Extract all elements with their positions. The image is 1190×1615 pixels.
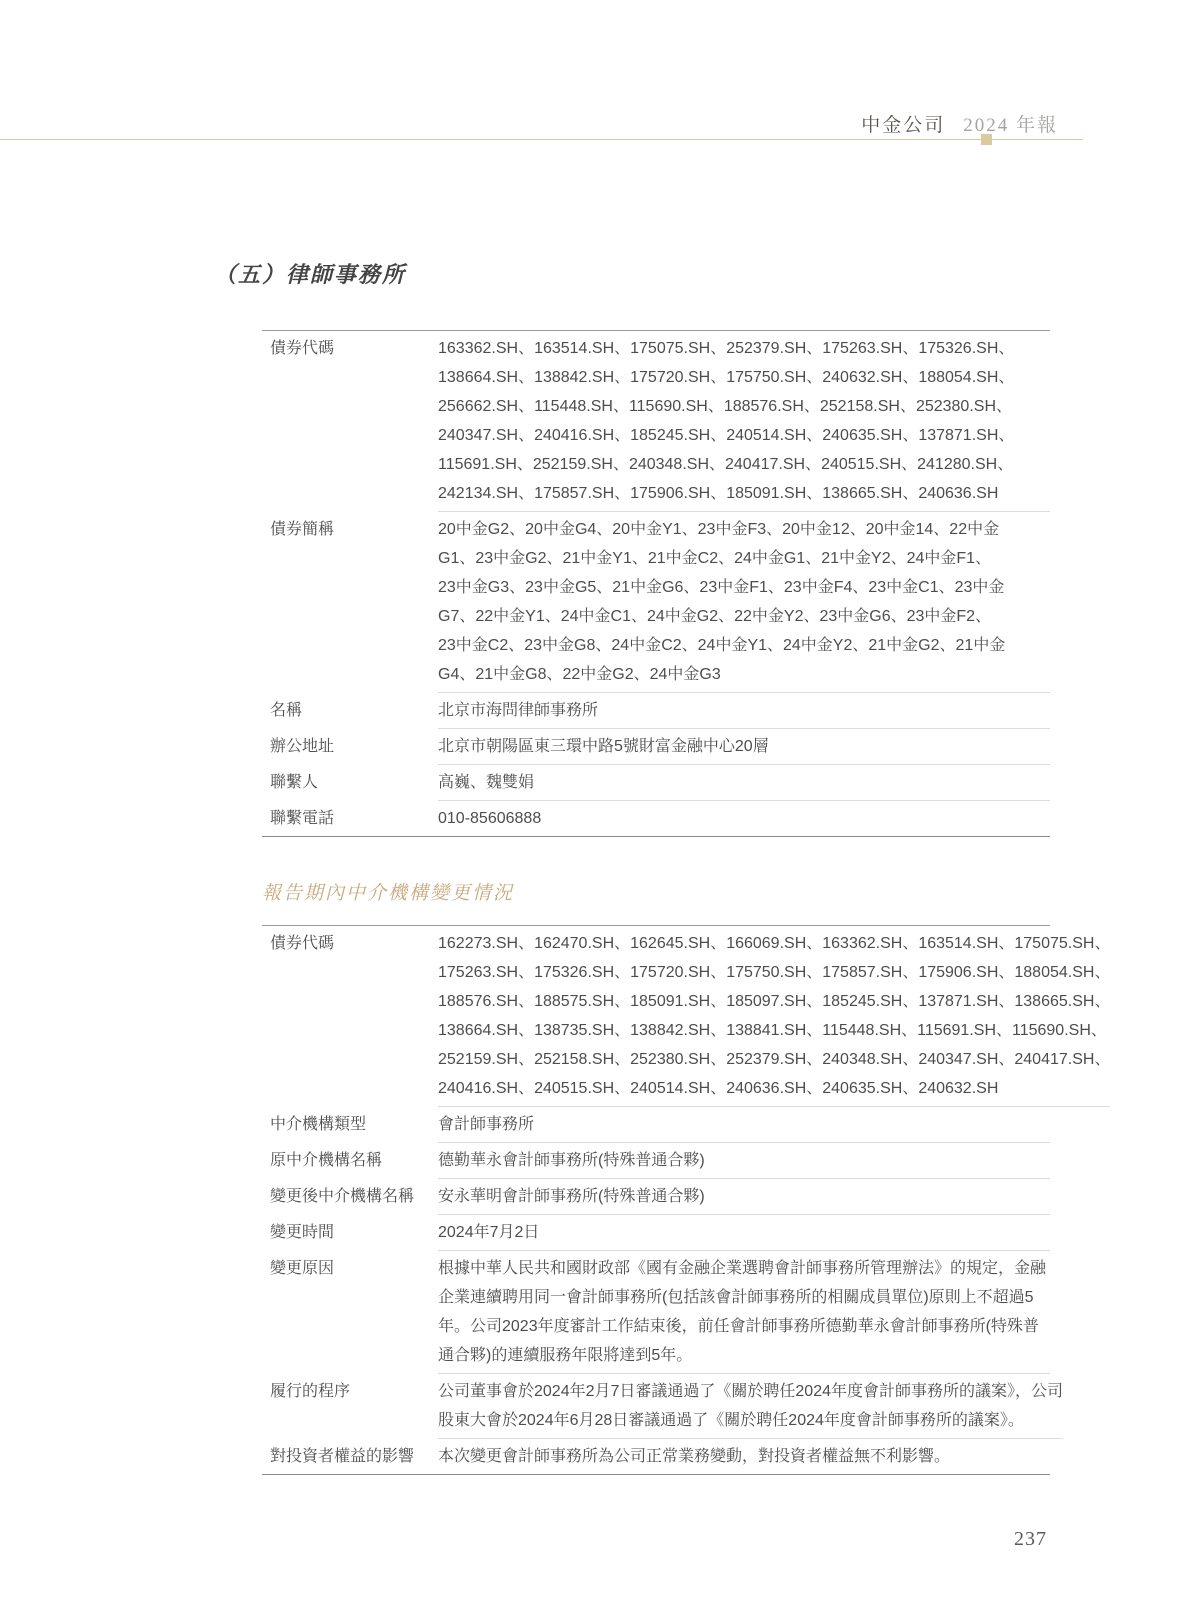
table-cell-line: 138664.SH、138842.SH、175720.SH、175750.SH、… — [438, 363, 1050, 392]
row-label: 聯繫人 — [262, 765, 438, 800]
row-value: 010-85606888 — [438, 801, 1050, 836]
section-title: （五）律師事務所 — [214, 258, 406, 289]
row-value: 20中金G2、20中金G4、20中金Y1、23中金F3、20中金12、20中金1… — [438, 512, 1050, 693]
row-value: 會計師事務所 — [438, 1107, 1050, 1143]
page-header: 中金公司 2024 年報 — [861, 110, 1058, 137]
law-firm-table: 債券代碼 163362.SH、163514.SH、175075.SH、25237… — [262, 330, 1050, 837]
row-label: 對投資者權益的影響 — [262, 1439, 438, 1474]
table-row: 變更時間 2024年7月2日 — [262, 1215, 1050, 1251]
table-cell-line: 公司董事會於2024年2月7日審議通過了《關於聘任2024年度會計師事務所的議案… — [438, 1377, 1063, 1406]
table-row: 聯繫人 高巍、魏雙娟 — [262, 765, 1050, 801]
table-cell-line: 股東大會於2024年6月28日審議通過了《關於聘任2024年度會計師事務所的議案… — [438, 1406, 1063, 1435]
table-cell-line: G7、22中金Y1、24中金C1、24中金G2、22中金Y2、23中金G6、23… — [438, 602, 1050, 631]
table-cell-line: G1、23中金G2、21中金Y1、21中金C2、24中金G1、21中金Y2、24… — [438, 544, 1050, 573]
table-cell-line: 162273.SH、162470.SH、162645.SH、166069.SH、… — [438, 929, 1110, 958]
table-cell-line: 138664.SH、138735.SH、138842.SH、138841.SH、… — [438, 1016, 1110, 1045]
table-cell-line: 252159.SH、252158.SH、252380.SH、252379.SH、… — [438, 1045, 1110, 1074]
row-value: 163362.SH、163514.SH、175075.SH、252379.SH、… — [438, 331, 1050, 512]
table-row: 對投資者權益的影響 本次變更會計師事務所為公司正常業務變動，對投資者權益無不利影… — [262, 1439, 1050, 1474]
table-cell-line: 北京市朝陽區東三環中路5號財富金融中心20層 — [438, 732, 1050, 761]
table-row: 變更後中介機構名稱 安永華明會計師事務所(特殊普通合夥) — [262, 1179, 1050, 1215]
table-row: 債券代碼 163362.SH、163514.SH、175075.SH、25237… — [262, 331, 1050, 512]
table-cell-line: 23中金C2、23中金G8、24中金C2、24中金Y1、24中金Y2、21中金G… — [438, 631, 1050, 660]
row-label: 變更原因 — [262, 1251, 438, 1286]
row-label: 債券代碼 — [262, 331, 438, 366]
report-page: 中金公司 2024 年報 （五）律師事務所 債券代碼 163362.SH、163… — [0, 0, 1190, 1615]
table-cell-line: 240416.SH、240515.SH、240514.SH、240636.SH、… — [438, 1074, 1110, 1103]
row-label: 履行的程序 — [262, 1374, 438, 1409]
table-row: 債券簡稱 20中金G2、20中金G4、20中金Y1、23中金F3、20中金12、… — [262, 512, 1050, 693]
table-cell-line: 年。公司2023年度審計工作結束後，前任會計師事務所德勤華永會計師事務所(特殊普 — [438, 1312, 1050, 1341]
table-cell-line: 163362.SH、163514.SH、175075.SH、252379.SH、… — [438, 334, 1050, 363]
row-value: 安永華明會計師事務所(特殊普通合夥) — [438, 1179, 1050, 1215]
row-value: 公司董事會於2024年2月7日審議通過了《關於聘任2024年度會計師事務所的議案… — [438, 1374, 1063, 1439]
table-cell-line: 北京市海問律師事務所 — [438, 696, 1050, 725]
table-cell-line: 115691.SH、252159.SH、240348.SH、240417.SH、… — [438, 450, 1050, 479]
row-label: 變更時間 — [262, 1215, 438, 1250]
table-cell-line: 本次變更會計師事務所為公司正常業務變動，對投資者權益無不利影響。 — [438, 1442, 1050, 1471]
table-cell-line: 德勤華永會計師事務所(特殊普通合夥) — [438, 1146, 1050, 1175]
table-row: 原中介機構名稱 德勤華永會計師事務所(特殊普通合夥) — [262, 1143, 1050, 1179]
table-cell-line: 會計師事務所 — [438, 1110, 1050, 1139]
table-cell-line: G4、21中金G8、22中金G2、24中金G3 — [438, 660, 1050, 689]
table-cell-line: 256662.SH、115448.SH、115690.SH、188576.SH、… — [438, 392, 1050, 421]
table-cell-line: 通合夥)的連續服務年限將達到5年。 — [438, 1341, 1050, 1370]
row-label: 聯繫電話 — [262, 801, 438, 836]
row-label: 名稱 — [262, 693, 438, 728]
table-row: 變更原因 根據中華人民共和國財政部《國有金融企業選聘會計師事務所管理辦法》的規定… — [262, 1251, 1050, 1374]
table-cell-line: 企業連續聘用同一會計師事務所(包括該會計師事務所的相關成員單位)原則上不超過5 — [438, 1283, 1050, 1312]
table-row: 辦公地址 北京市朝陽區東三環中路5號財富金融中心20層 — [262, 729, 1050, 765]
table-cell-line: 20中金G2、20中金G4、20中金Y1、23中金F3、20中金12、20中金1… — [438, 515, 1050, 544]
table-row: 債券代碼 162273.SH、162470.SH、162645.SH、16606… — [262, 926, 1050, 1107]
table-cell-line: 安永華明會計師事務所(特殊普通合夥) — [438, 1182, 1050, 1211]
row-label: 辦公地址 — [262, 729, 438, 764]
row-label: 變更後中介機構名稱 — [262, 1179, 438, 1214]
row-value: 北京市海問律師事務所 — [438, 693, 1050, 729]
row-value: 2024年7月2日 — [438, 1215, 1050, 1251]
table-cell-line: 2024年7月2日 — [438, 1218, 1050, 1247]
table-cell-line: 175263.SH、175326.SH、175720.SH、175750.SH、… — [438, 958, 1110, 987]
table-cell-line: 242134.SH、175857.SH、175906.SH、185091.SH、… — [438, 479, 1050, 508]
row-label: 債券簡稱 — [262, 512, 438, 547]
table-cell-line: 240347.SH、240416.SH、185245.SH、240514.SH、… — [438, 421, 1050, 450]
row-value: 本次變更會計師事務所為公司正常業務變動，對投資者權益無不利影響。 — [438, 1439, 1050, 1474]
table-row: 中介機構類型 會計師事務所 — [262, 1107, 1050, 1143]
table-row: 名稱 北京市海問律師事務所 — [262, 693, 1050, 729]
row-value: 北京市朝陽區東三環中路5號財富金融中心20層 — [438, 729, 1050, 765]
intermediary-change-table: 債券代碼 162273.SH、162470.SH、162645.SH、16606… — [262, 925, 1050, 1475]
header-divider-square-marker — [981, 134, 992, 145]
row-label: 原中介機構名稱 — [262, 1143, 438, 1178]
row-value: 162273.SH、162470.SH、162645.SH、166069.SH、… — [438, 926, 1110, 1107]
row-value: 德勤華永會計師事務所(特殊普通合夥) — [438, 1143, 1050, 1179]
row-value: 高巍、魏雙娟 — [438, 765, 1050, 801]
page-number: 237 — [1014, 1528, 1047, 1551]
table-row: 聯繫電話 010-85606888 — [262, 801, 1050, 836]
table-row: 履行的程序 公司董事會於2024年2月7日審議通過了《關於聘任2024年度會計師… — [262, 1374, 1050, 1439]
row-label: 中介機構類型 — [262, 1107, 438, 1142]
table-cell-line: 188576.SH、188575.SH、185091.SH、185097.SH、… — [438, 987, 1110, 1016]
table-cell-line: 高巍、魏雙娟 — [438, 768, 1050, 797]
row-value: 根據中華人民共和國財政部《國有金融企業選聘會計師事務所管理辦法》的規定，金融企業… — [438, 1251, 1050, 1374]
header-company-title: 中金公司 — [861, 110, 945, 137]
header-divider-line — [0, 139, 1083, 140]
table-cell-line: 010-85606888 — [438, 804, 1050, 833]
table-cell-line: 根據中華人民共和國財政部《國有金融企業選聘會計師事務所管理辦法》的規定，金融 — [438, 1254, 1050, 1283]
subsection-title: 報告期內中介機構變更情況 — [262, 878, 514, 905]
table-cell-line: 23中金G3、23中金G5、21中金G6、23中金F1、23中金F4、23中金C… — [438, 573, 1050, 602]
row-label: 債券代碼 — [262, 926, 438, 961]
header-report-year: 2024 年報 — [963, 110, 1058, 137]
